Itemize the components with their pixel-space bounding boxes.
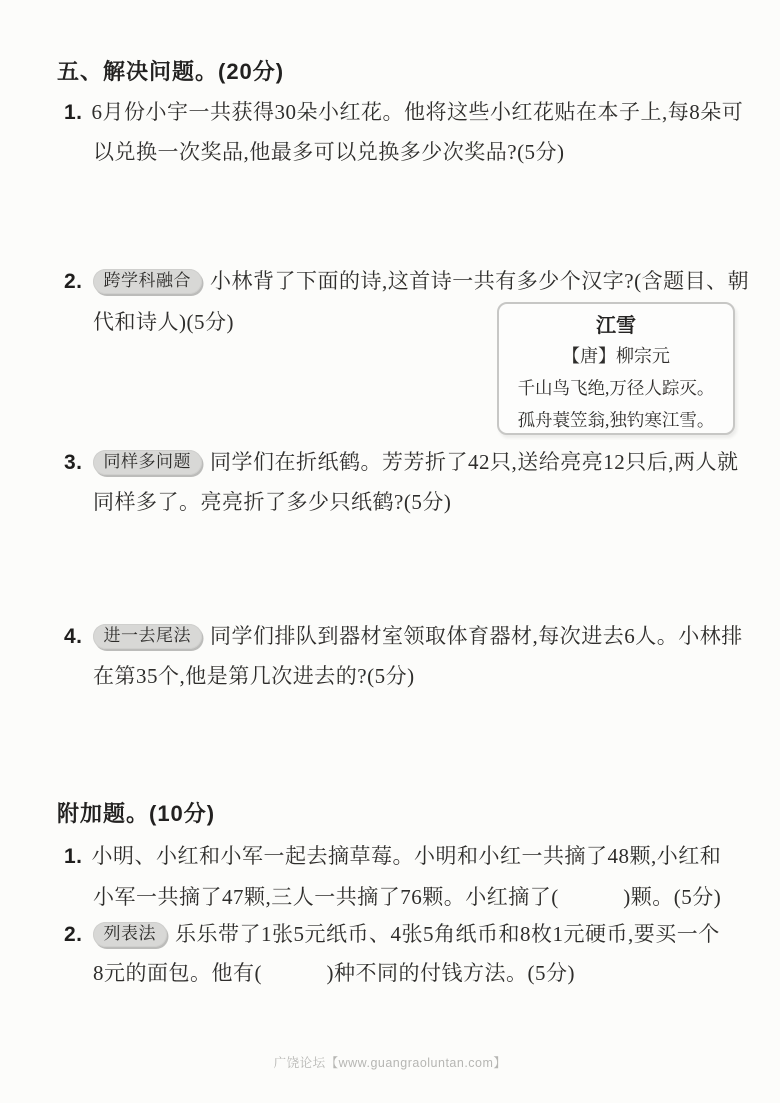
bonus-question-1-line-2: 小军一共摘了47颗,三人一共摘了76颗。小红摘了( )颗。(5分) [93,882,721,912]
question-number: 4. [64,625,83,648]
question-text: 乐乐带了1张5元纸币、4张5角纸币和8枚1元硬币,要买一个 [175,922,720,946]
question-text: 6月份小宇一共获得30朵小红花。他将这些小红花贴在本子上,每8朵可 [92,100,744,124]
bonus-question-1-line-1: 1.小明、小红和小军一起去摘草莓。小明和小红一共摘了48颗,小红和 [64,841,721,872]
main-section-title: 五、解决问题。(20分) [57,57,284,87]
question-number: 1. [64,101,83,124]
method-badge-same-amount: 同样多问题 [93,450,203,475]
poem-card: 江雪 【唐】柳宗元 千山鸟飞绝,万径人踪灭。 孤舟蓑笠翁,独钓寒江雪。 [497,302,735,435]
main-question-2-line-1: 2.跨学科融合小林背了下面的诗,这首诗一共有多少个汉字?(含题目、朝 [64,266,749,297]
question-text: 8元的面包。他有( )种不同的付钱方法。(5分) [93,961,575,985]
question-text: 代和诗人)(5分) [93,310,234,334]
question-text: 同样多了。亮亮折了多少只纸鹤?(5分) [93,490,451,514]
method-badge-round-up-down: 进一去尾法 [93,624,203,649]
question-number: 2. [64,923,83,946]
main-question-4-line-1: 4.进一去尾法同学们排队到器材室领取体育器材,每次进去6人。小林排 [64,621,743,652]
main-question-2-line-2: 代和诗人)(5分) [93,307,234,337]
method-badge-table-method: 列表法 [93,922,168,947]
question-text: 在第35个,他是第几次进去的?(5分) [93,664,415,688]
main-question-4-line-2: 在第35个,他是第几次进去的?(5分) [93,661,415,691]
question-number: 2. [64,270,83,293]
main-question-1-line-1: 1.6月份小宇一共获得30朵小红花。他将这些小红花贴在本子上,每8朵可 [64,97,743,128]
main-question-3-line-1: 3.同样多问题同学们在折纸鹤。芳芳折了42只,送给亮亮12只后,两人就 [64,447,739,478]
question-text: 同学们在折纸鹤。芳芳折了42只,送给亮亮12只后,两人就 [210,450,739,474]
question-text: 小林背了下面的诗,这首诗一共有多少个汉字?(含题目、朝 [210,269,749,293]
worksheet-page: 五、解决问题。(20分) 1.6月份小宇一共获得30朵小红花。他将这些小红花贴在… [0,0,780,1103]
main-question-1-line-2: 以兑换一次奖品,他最多可以兑换多少次奖品?(5分) [93,137,565,167]
footer-watermark: 广饶论坛【www.guangraoluntan.com】 [0,1053,780,1071]
poem-verse-2: 孤舟蓑笠翁,独钓寒江雪。 [499,404,733,436]
question-text: 以兑换一次奖品,他最多可以兑换多少次奖品?(5分) [93,140,565,164]
bonus-section-title: 附加题。(10分) [57,799,215,829]
bonus-question-2-line-2: 8元的面包。他有( )种不同的付钱方法。(5分) [93,958,575,988]
main-question-3-line-2: 同样多了。亮亮折了多少只纸鹤?(5分) [93,487,451,517]
question-number: 3. [64,451,83,474]
bonus-question-2-line-1: 2.列表法乐乐带了1张5元纸币、4张5角纸币和8枚1元硬币,要买一个 [64,919,720,950]
question-text: 小军一共摘了47颗,三人一共摘了76颗。小红摘了( )颗。(5分) [93,885,721,909]
question-number: 1. [64,845,83,868]
question-text: 小明、小红和小军一起去摘草莓。小明和小红一共摘了48颗,小红和 [92,844,722,868]
poem-title: 江雪 [499,311,733,341]
poem-verse-1: 千山鸟飞绝,万径人踪灭。 [499,372,733,404]
question-text: 同学们排队到器材室领取体育器材,每次进去6人。小林排 [210,624,743,648]
method-badge-cross-subject: 跨学科融合 [93,269,203,294]
poem-author: 【唐】柳宗元 [499,341,733,372]
